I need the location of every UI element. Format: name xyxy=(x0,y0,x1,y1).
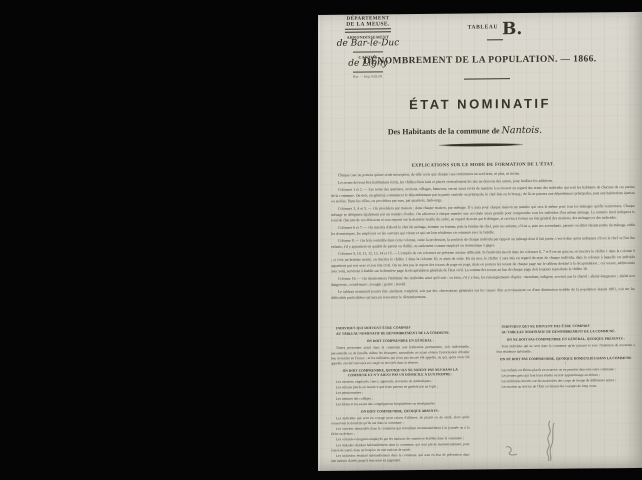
rule-text: Tous individus qui ne sont dans la commu… xyxy=(497,343,636,354)
departement-name: DE LA MEUSE. xyxy=(326,21,410,28)
section-heading: ON DOIT COMPRENDRE, QUOIQUE ABSENTS : xyxy=(334,408,467,414)
scanner-background: { "page": { "tableau": { "label": "TABLE… xyxy=(0,0,642,480)
excluded-persons-column: INDIVIDUS QUI NE DOIVENT PAS ÊTRE COMPRI… xyxy=(497,323,636,462)
title-rule xyxy=(464,78,510,79)
section-heading: ON DOIT COMPRENDRE EN GÉNÉRAL : xyxy=(334,338,467,344)
commune-name-handwritten: Nantois. xyxy=(502,125,543,136)
inclusion-rules-columns: INDIVIDUS QUI DOIVENT ÊTRE COMPRIS AU TA… xyxy=(331,323,635,468)
printer-imprint: Bar. — Imp. ROLIN. xyxy=(326,74,410,79)
commune-prefix: Des Habitants de la commune de xyxy=(388,126,500,136)
page-title: DÉNOMBREMENT DE LA POPULATION. — 1866. xyxy=(318,54,642,67)
rule-text: Toutes personnes ayant dans la commune u… xyxy=(331,344,470,366)
explanations-paragraph: Colonnes 1 et 2. — Les noms des quartier… xyxy=(331,184,635,204)
section-heading: ON NE DOIT PAS COMPRENDRE, QUOIQUE DOMIC… xyxy=(500,356,633,366)
tableau-letter: B. xyxy=(502,19,522,39)
excluded-item: Les marins au service de l'État ou faisa… xyxy=(497,383,636,389)
explanations-paragraph: Colonne 8. — On fera connaître dans cett… xyxy=(331,235,635,250)
handwritten-annotation xyxy=(540,419,560,463)
commune-line: Des Habitants de la commune de Nantois. xyxy=(318,124,612,138)
stamp-divider xyxy=(345,28,391,32)
included-item: Les frères et les sœurs des congrégation… xyxy=(331,400,470,406)
explanations-section: EXPLICATIONS SUR LE MODE DE FORMATION DE… xyxy=(331,160,635,325)
excluded-column-subheader: AU TABLEAU NOMINATIF DU DÉNOMBREMENT DE … xyxy=(497,329,636,335)
stamp-divider xyxy=(353,71,383,72)
explanations-paragraph: Colonnes 6 et 7. — On inscrira d'abord l… xyxy=(331,222,635,237)
prefecture-stamp: DÉPARTEMENT DE LA MEUSE. ARRONDISSEMENT … xyxy=(326,16,410,79)
included-item: Les ouvriers domiciliés dans la commune … xyxy=(331,425,470,436)
explanations-paragraph: Colonnes 3, 4 et 5. — On procédera par m… xyxy=(331,203,635,223)
explanations-paragraph: Colonnes 9, 10, 11, 12, 13, 14 et 15. — … xyxy=(331,248,635,274)
tableau-rule xyxy=(487,39,503,40)
arrondissement-handwritten-value: de Bar-le-Duc xyxy=(326,39,410,50)
ornamental-rule xyxy=(439,143,523,147)
included-column-subheader: AU TABLEAU NOMINATIF DE DÉNOMBREMENT DE … xyxy=(331,330,470,336)
explanations-paragraph: Le tableau nominatif pourra être aisémen… xyxy=(331,286,635,301)
included-item: Les malades résidant habituellement dans… xyxy=(331,441,470,452)
stamp-divider xyxy=(353,51,383,52)
section-heading: ON NE DOIT PAS COMPRENDRE EN GÉNÉRAL, QU… xyxy=(500,337,633,343)
included-item: Les individus qui sont en voyage pour ra… xyxy=(331,415,470,426)
included-item: Les individus résidant habituellement da… xyxy=(331,452,470,463)
explanations-paragraph: Colonne 16. — On mentionnera l'infirmité… xyxy=(331,273,635,288)
tableau-word: TABLEAU xyxy=(468,24,498,30)
explanations-heading: EXPLICATIONS SUR LE MODE DE FORMATION DE… xyxy=(331,160,635,170)
handwritten-mark xyxy=(504,444,520,458)
section-heading: ON DOIT COMPRENDRE, QUOIQU'ILS NE SOIENT… xyxy=(334,368,467,378)
census-form-page: TABLEAU B. DÉPARTEMENT DE LA MEUSE. ARRO… xyxy=(318,12,642,471)
included-persons-column: INDIVIDUS QUI DOIVENT ÊTRE COMPRIS AU TA… xyxy=(331,325,470,464)
tableau-label-block: TABLEAU B. xyxy=(452,19,538,41)
etat-nominatif-heading: ÉTAT NOMINATIF xyxy=(318,95,642,113)
